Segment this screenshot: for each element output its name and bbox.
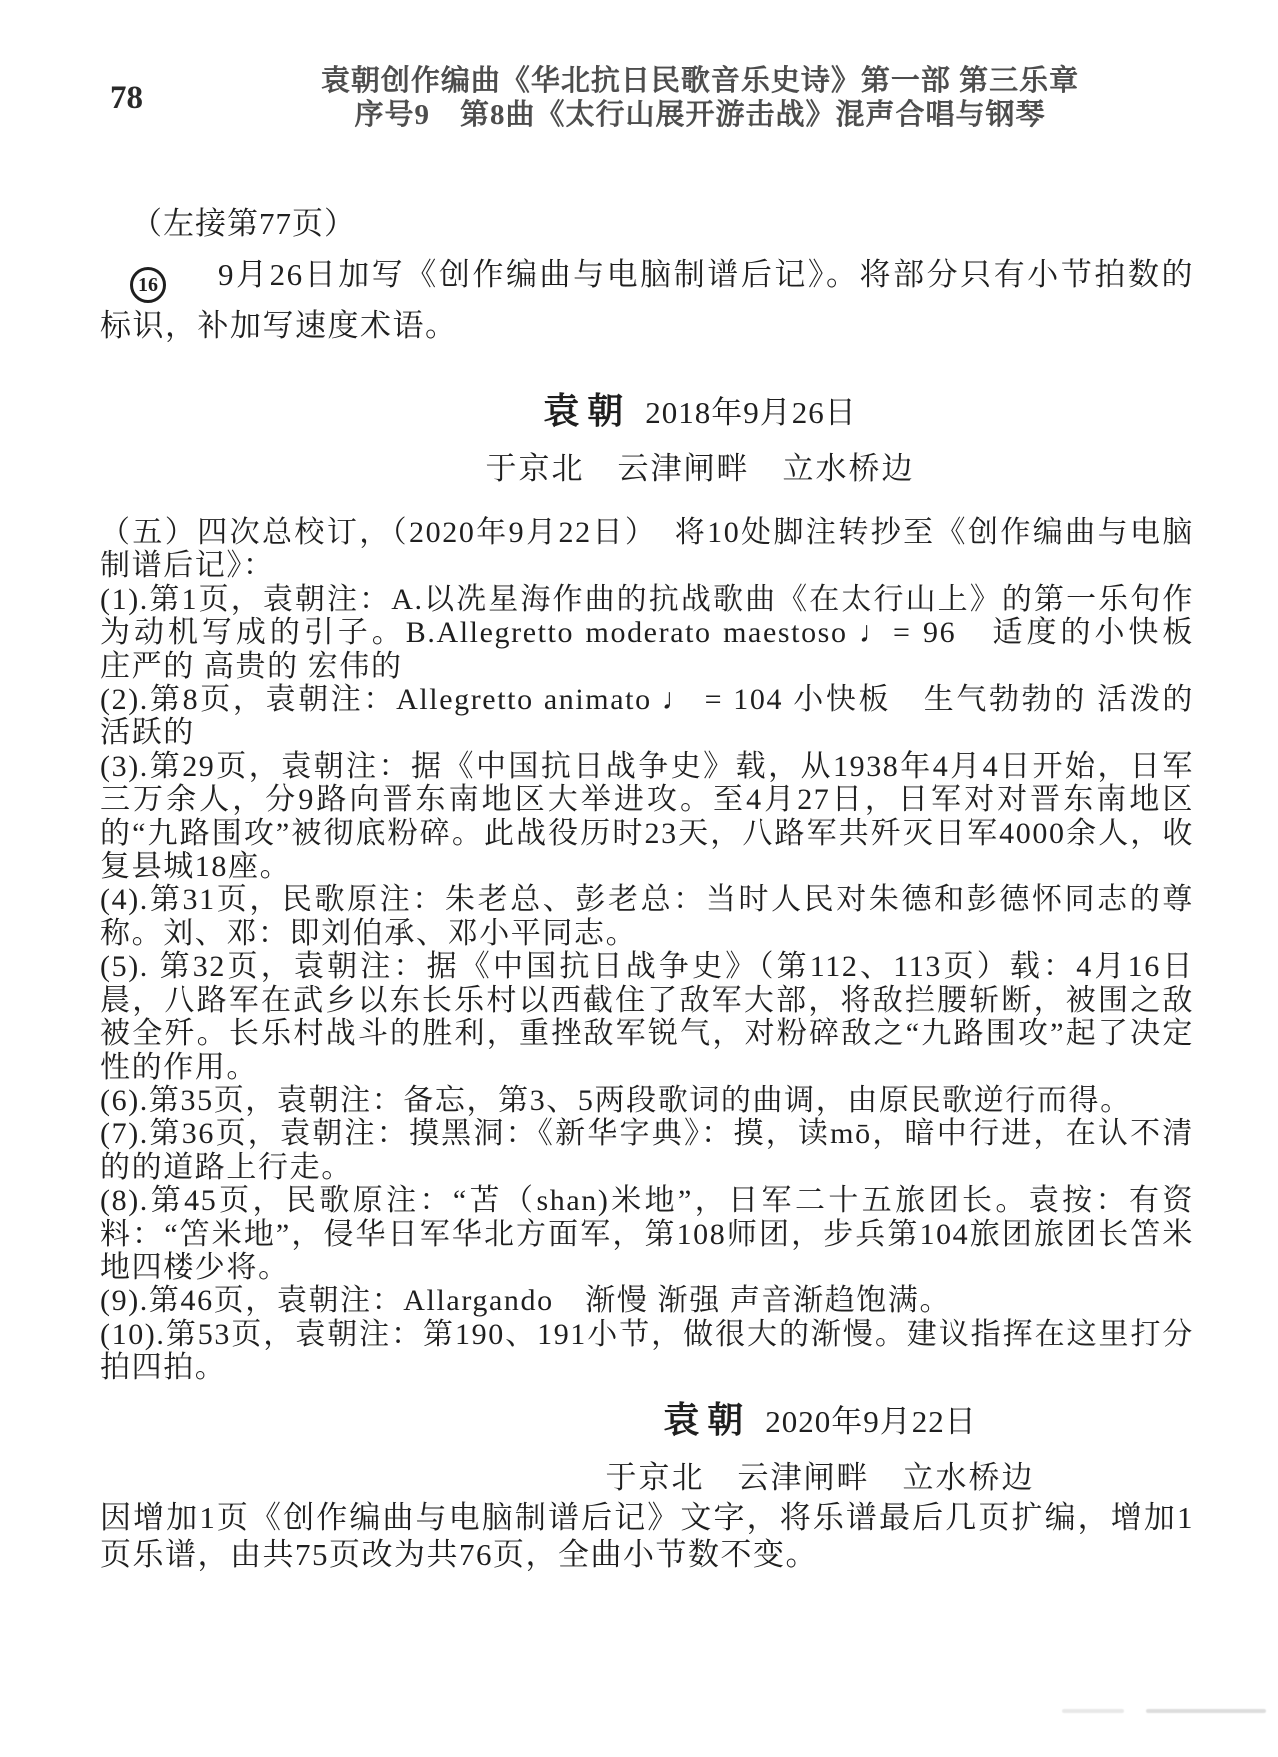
footnote-marker: (5). bbox=[100, 950, 149, 983]
circled-16-marker: 16 bbox=[130, 267, 166, 303]
section-five-intro: （五）四次总校订，（2020年9月22日） 将10处脚注转抄至《创作编曲与电脑制… bbox=[100, 516, 1194, 583]
footnote-marker: (10). bbox=[100, 1318, 165, 1351]
footnote-marker: (8). bbox=[100, 1184, 149, 1217]
page-number: 78 bbox=[110, 80, 143, 117]
footnote-text: 第32页，袁朝注：据《中国抗日战争史》（第112、113页）载：4月16日晨，八… bbox=[100, 950, 1194, 1083]
footnote-item: (2).第8页，袁朝注：Allegretto animato ♩ = 104 小… bbox=[100, 683, 1194, 750]
footnote-text: 第31页，民歌原注：朱老总、彭老总：当时人民对朱德和彭德怀同志的尊称。刘、邓：即… bbox=[100, 883, 1194, 949]
signature-place: 于京北 云津闸畔 立水桥边 bbox=[520, 1452, 1120, 1497]
author-name: 袁朝 bbox=[543, 391, 631, 431]
footnote-item: (10).第53页，袁朝注：第190、191小节，做很大的渐慢。建议指挥在这里打… bbox=[100, 1318, 1194, 1380]
footnote-item: (5). 第32页，袁朝注：据《中国抗日战争史》（第112、113页）载：4月1… bbox=[100, 950, 1194, 1084]
footnote-marker: (2). bbox=[100, 683, 149, 716]
entry-16-text: 9月26日加写《创作编曲与电脑制谱后记》。将部分只有小节拍数的标识，补加写速度术… bbox=[100, 257, 1194, 343]
header-line-2: 序号9 第8曲《太行山展开游击战》混声合唱与钢琴 bbox=[230, 98, 1170, 132]
footnote-text: 第36页，袁朝注：摸黑洞：《新华字典》：摸，读mō，暗中行进，在认不清的的道路上… bbox=[100, 1117, 1194, 1183]
footnote-text: 第1页，袁朝注：A.以冼星海作曲的抗战歌曲《在太行山上》的第一乐句作为动机写成的… bbox=[100, 583, 1194, 683]
watermark-smudge bbox=[1062, 1703, 1272, 1719]
footnote-text: 第46页，袁朝注：Allargando 渐慢 渐强 声音渐趋饱满。 bbox=[149, 1284, 951, 1317]
footnote-item: (8).第45页，民歌原注：“苫（shan)米地”，日军二十五旅团长。袁按：有资… bbox=[100, 1184, 1194, 1284]
footnote-text: 第8页，袁朝注：Allegretto animato ♩ = 104 小快板 生… bbox=[100, 683, 1194, 749]
footnote-marker: (9). bbox=[100, 1284, 149, 1317]
signature-line: 袁朝2018年9月26日 bbox=[380, 383, 1020, 434]
closing-note: 因增加1页《创作编曲与电脑制谱后记》文字，将乐谱最后几页扩编，增加1页乐谱，由共… bbox=[100, 1499, 1194, 1573]
author-name: 袁朝 bbox=[663, 1400, 751, 1440]
header-line-1: 袁朝创作编曲《华北抗日民歌音乐史诗》第一部 第三乐章 bbox=[230, 64, 1170, 98]
footnote-item: (1).第1页，袁朝注：A.以冼星海作曲的抗战歌曲《在太行山上》的第一乐句作为动… bbox=[100, 583, 1194, 683]
footnote-marker: (4). bbox=[100, 883, 149, 916]
signature-date: 2018年9月26日 bbox=[645, 395, 857, 430]
footnote-item: (4).第31页，民歌原注：朱老总、彭老总：当时人民对朱德和彭德怀同志的尊称。刘… bbox=[100, 883, 1194, 950]
section-five-proofreading-notes: （五）四次总校订，（2020年9月22日） 将10处脚注转抄至《创作编曲与电脑制… bbox=[100, 516, 1194, 1380]
signature-place: 于京北 云津闸畔 立水桥边 bbox=[380, 443, 1020, 488]
entry-16-paragraph: 169月26日加写《创作编曲与电脑制谱后记》。将部分只有小节拍数的标识，补加写速… bbox=[100, 252, 1194, 349]
footnote-text: 第29页，袁朝注：据《中国抗日战争史》载，从1938年4月4日开始，日军三万余人… bbox=[100, 750, 1194, 883]
footnote-text: 第53页，袁朝注：第190、191小节，做很大的渐慢。建议指挥在这里打分拍四拍。 bbox=[100, 1318, 1194, 1380]
signature-block-2020: 袁朝2020年9月22日 于京北 云津闸畔 立水桥边 bbox=[520, 1392, 1120, 1497]
watermark-mark-right bbox=[1146, 1709, 1266, 1713]
watermark-mark-left bbox=[1062, 1709, 1124, 1713]
footnote-marker: (1). bbox=[100, 583, 149, 616]
footnote-marker: (7). bbox=[100, 1117, 149, 1150]
footnote-item: (9).第46页，袁朝注：Allargando 渐慢 渐强 声音渐趋饱满。 bbox=[100, 1284, 1194, 1317]
footnote-text: 第35页，袁朝注：备忘，第3、5两段歌词的曲调，由原民歌逆行而得。 bbox=[149, 1084, 1132, 1117]
signature-date: 2020年9月22日 bbox=[765, 1404, 977, 1439]
document-header: 袁朝创作编曲《华北抗日民歌音乐史诗》第一部 第三乐章 序号9 第8曲《太行山展开… bbox=[230, 64, 1170, 132]
signature-block-2018: 袁朝2018年9月26日 于京北 云津闸畔 立水桥边 bbox=[380, 383, 1020, 488]
footnote-marker: (6). bbox=[100, 1084, 149, 1117]
footnote-item: (3).第29页，袁朝注：据《中国抗日战争史》载，从1938年4月4日开始，日军… bbox=[100, 750, 1194, 884]
continuation-note: （左接第77页） bbox=[131, 198, 356, 243]
footnote-text: 第45页，民歌原注：“苫（shan)米地”，日军二十五旅团长。袁按：有资料：“笘… bbox=[100, 1184, 1194, 1284]
footnote-item: (7).第36页，袁朝注：摸黑洞：《新华字典》：摸，读mō，暗中行进，在认不清的… bbox=[100, 1117, 1194, 1184]
signature-line: 袁朝2020年9月22日 bbox=[520, 1392, 1120, 1443]
footnote-marker: (3). bbox=[100, 750, 149, 783]
footnote-item: (6).第35页，袁朝注：备忘，第3、5两段歌词的曲调，由原民歌逆行而得。 bbox=[100, 1084, 1194, 1117]
